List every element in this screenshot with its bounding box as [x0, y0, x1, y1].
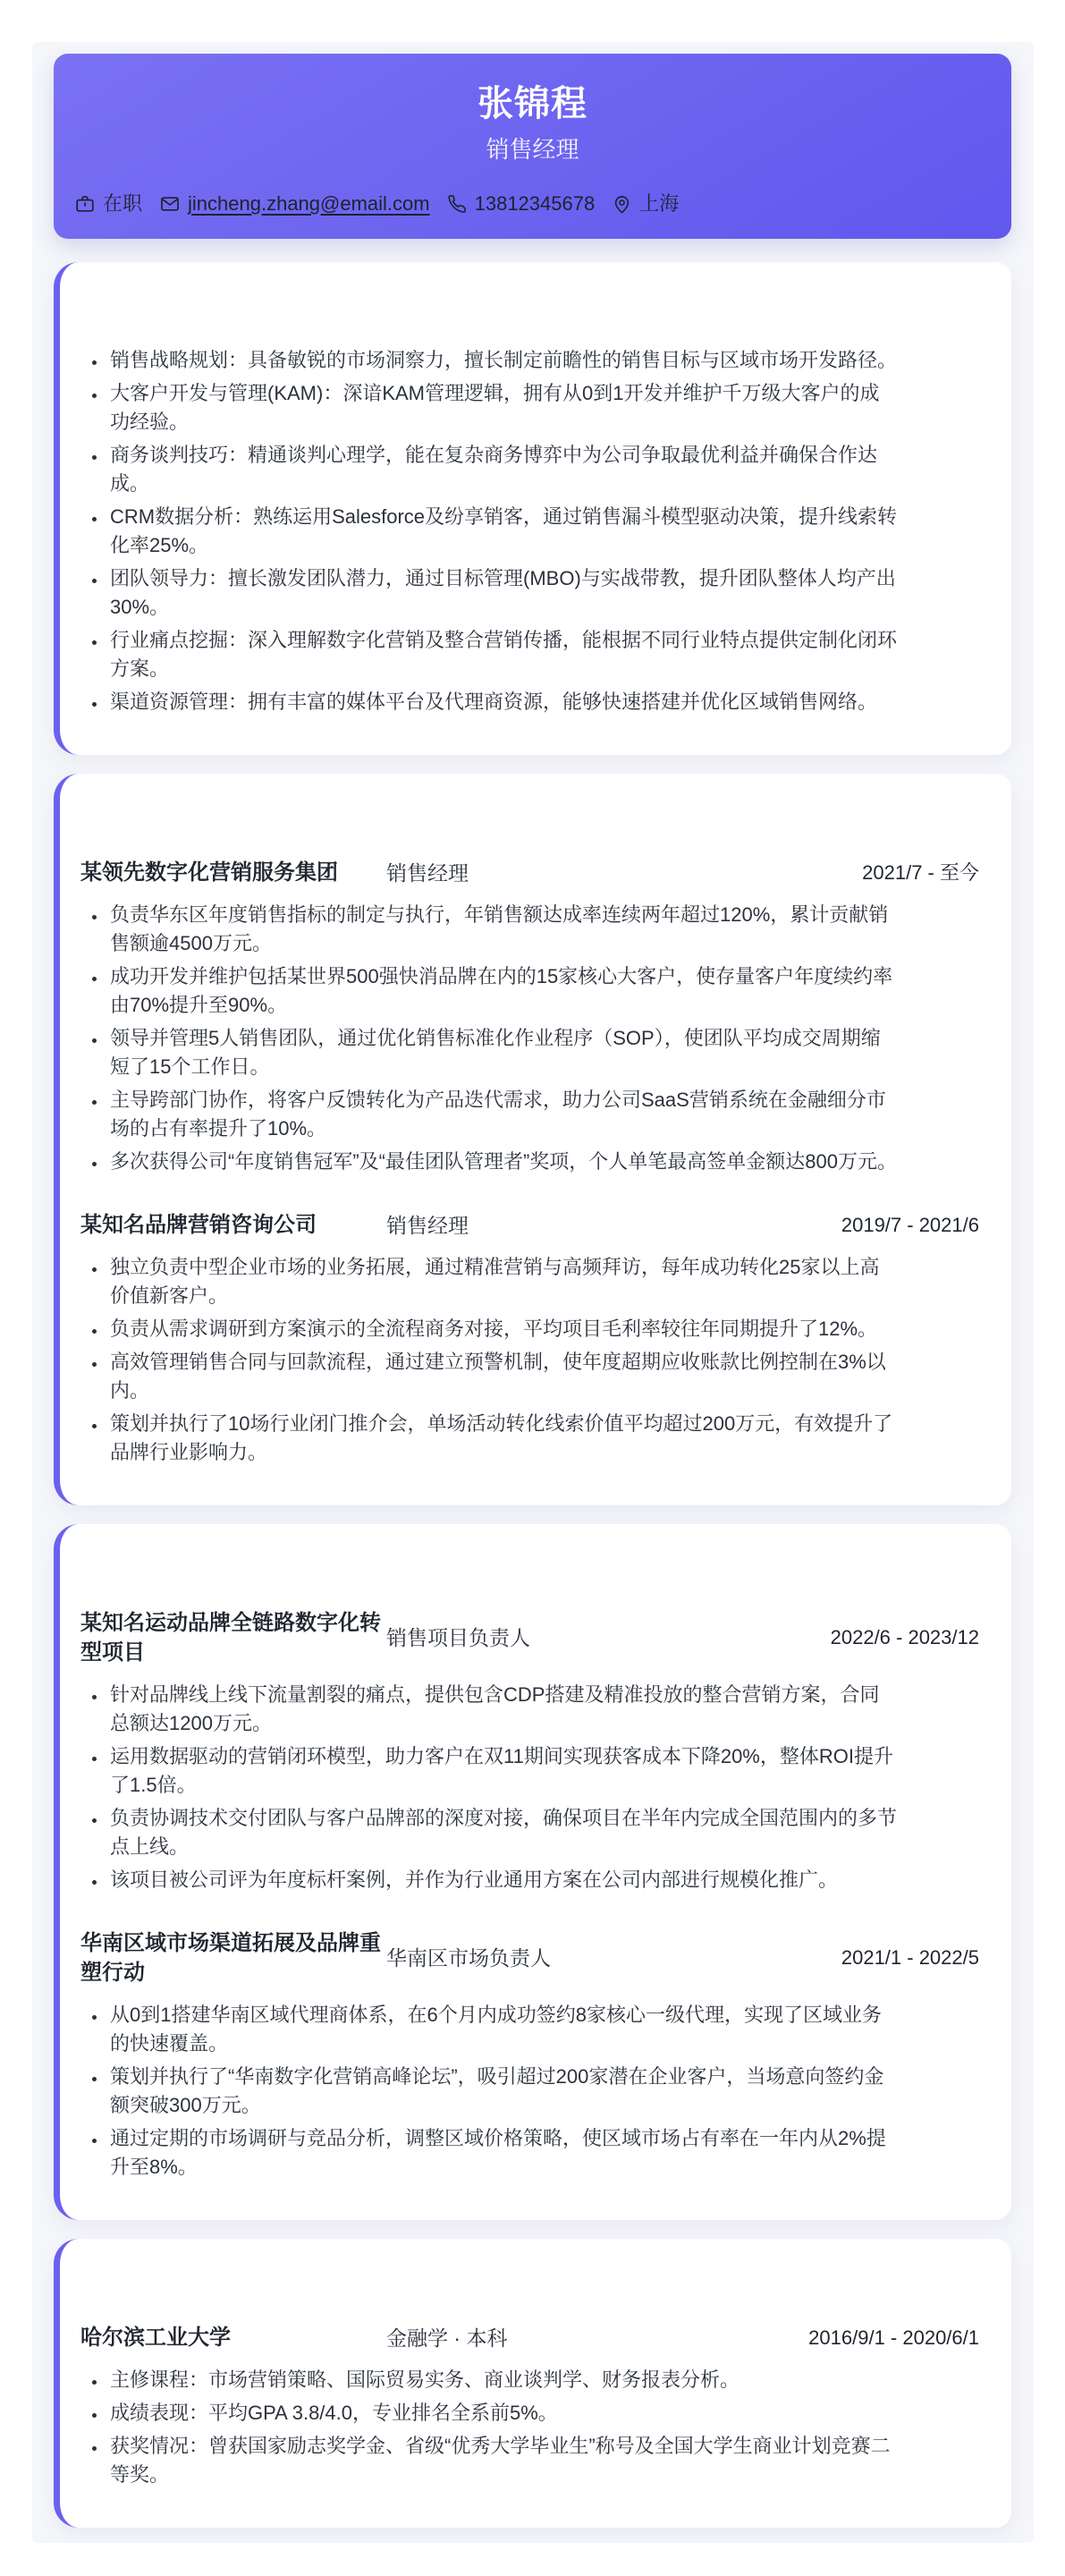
entry-header: 哈尔滨工业大学金融学 · 本科2016/9/1 - 2020/6/1 — [80, 2323, 979, 2352]
bullet-item: 领导并管理5人销售团队，通过优化销售标准化作业程序（SOP），使团队平均成交周期… — [107, 1024, 899, 1081]
projects-entry: 华南区域市场渠道拓展及品牌重塑行动华南区市场负责人2021/1 - 2022/5… — [80, 1928, 979, 2182]
bullet-item: 行业痛点挖掘：深入理解数字化营销及整合营销传播，能根据不同行业特点提供定制化闭环… — [107, 626, 899, 683]
bullet-item: 从0到1搭建华南区域代理商体系，在6个月内成功签约8家核心一级代理，实现了区域业… — [107, 2001, 899, 2058]
contact-label: 在职 — [103, 192, 142, 216]
resume-page: { "theme": { "accent": "#6a61f0", "heade… — [0, 0, 1065, 2576]
work-experience-entry: 某领先数字化营销服务集团销售经理2021/7 - 至今负责华东区年度销售指标的制… — [80, 858, 979, 1176]
entry-organization: 哈尔滨工业大学 — [80, 2323, 386, 2352]
bullet-item: 销售战略规划：具备敏锐的市场洞察力，擅长制定前瞻性的销售目标与区域市场开发路径。 — [107, 346, 899, 375]
projects-entry: 某知名运动品牌全链路数字化转型项目销售项目负责人2022/6 - 2023/12… — [80, 1608, 979, 1894]
contact-item-phone: 13812345678 — [447, 192, 596, 216]
entry-role: 华南区市场负责人 — [386, 1945, 841, 1971]
entry-period: 2021/1 - 2022/5 — [841, 1945, 979, 1971]
entry-organization: 某知名运动品牌全链路数字化转型项目 — [80, 1608, 386, 1667]
entry-organization: 某知名品牌营销咨询公司 — [80, 1210, 386, 1240]
entry-header: 华南区域市场渠道拓展及品牌重塑行动华南区市场负责人2021/1 - 2022/5 — [80, 1928, 979, 1987]
bullet-item: 获奖情况：曾获国家励志奖学金、省级“优秀大学毕业生”称号及全国大学生商业计划竞赛… — [107, 2432, 899, 2489]
entry-period: 2022/6 - 2023/12 — [831, 1624, 979, 1651]
bullet-item: 主修课程：市场营销策略、国际贸易实务、商业谈判学、财务报表分析。 — [107, 2366, 899, 2394]
contact-row: 在职jincheng.zhang@email.com13812345678上海 — [74, 192, 679, 216]
entry-header: 某领先数字化营销服务集团销售经理2021/7 - 至今 — [80, 858, 979, 887]
bullet-list: 针对品牌线上线下流量割裂的痛点，提供包含CDP搭建及精准投放的整合营销方案，合同… — [80, 1681, 899, 1894]
entry-role: 销售项目负责人 — [386, 1624, 831, 1651]
contact-item-mail[interactable]: jincheng.zhang@email.com — [159, 192, 430, 216]
contact-label: 上海 — [639, 192, 679, 216]
bullet-item: 团队领导力：擅长激发团队潜力，通过目标管理(MBO)与实战带教，提升团队整体人均… — [107, 564, 899, 622]
bullet-item: CRM数据分析：熟练运用Salesforce及纷享销客，通过销售漏斗模型驱动决策… — [107, 503, 899, 560]
card-projects: 某知名运动品牌全链路数字化转型项目销售项目负责人2022/6 - 2023/12… — [54, 1524, 1011, 2220]
bullet-list: 销售战略规划：具备敏锐的市场洞察力，擅长制定前瞻性的销售目标与区域市场开发路径。… — [80, 346, 899, 716]
briefcase-icon — [74, 193, 96, 215]
phone-icon — [447, 194, 468, 215]
bullet-item: 成绩表现：平均GPA 3.8/4.0，专业排名全系前5%。 — [107, 2399, 899, 2428]
card-education: 哈尔滨工业大学金融学 · 本科2016/9/1 - 2020/6/1主修课程：市… — [54, 2239, 1011, 2528]
entry-period: 2019/7 - 2021/6 — [841, 1212, 979, 1239]
entry-organization: 华南区域市场渠道拓展及品牌重塑行动 — [80, 1928, 386, 1987]
bullet-item: 该项目被公司评为年度标杆案例，并作为行业通用方案在公司内部进行规模化推广。 — [107, 1866, 899, 1894]
entry-period: 2021/7 - 至今 — [862, 860, 979, 886]
entry-role: 金融学 · 本科 — [386, 2325, 808, 2351]
bullet-item: 策划并执行了10场行业闭门推介会，单场活动转化线索价值平均超过200万元，有效提… — [107, 1410, 899, 1467]
bullet-item: 负责协调技术交付团队与客户品牌部的深度对接，确保项目在半年内完成全国范围内的多节… — [107, 1804, 899, 1861]
entry-header: 某知名品牌营销咨询公司销售经理2019/7 - 2021/6 — [80, 1210, 979, 1240]
entry-role: 销售经理 — [386, 1212, 841, 1239]
bullet-list: 独立负责中型企业市场的业务拓展，通过精准营销与高频拜访，每年成功转化25家以上高… — [80, 1253, 899, 1467]
bullet-list: 从0到1搭建华南区域代理商体系，在6个月内成功签约8家核心一级代理，实现了区域业… — [80, 2001, 899, 2182]
candidate-title: 销售经理 — [54, 136, 1011, 163]
cards-container: 销售战略规划：具备敏锐的市场洞察力，擅长制定前瞻性的销售目标与区域市场开发路径。… — [54, 262, 1012, 2528]
bullet-item: 负责华东区年度销售指标的制定与执行，年销售额达成率连续两年超过120%，累计贡献… — [107, 901, 899, 958]
contact-item-location: 上海 — [612, 192, 679, 216]
entry-role: 销售经理 — [386, 860, 862, 886]
location-icon — [612, 194, 632, 215]
card-work-experience: 某领先数字化营销服务集团销售经理2021/7 - 至今负责华东区年度销售指标的制… — [54, 774, 1011, 1505]
bullet-item: 高效管理销售合同与回款流程，通过建立预警机制，使年度超期应收账款比例控制在3%以… — [107, 1348, 899, 1405]
bullet-item: 针对品牌线上线下流量割裂的痛点，提供包含CDP搭建及精准投放的整合营销方案，合同… — [107, 1681, 899, 1738]
contact-item-briefcase: 在职 — [74, 192, 142, 216]
bullet-item: 负责从需求调研到方案演示的全流程商务对接，平均项目毛利率较往年同期提升了12%。 — [107, 1315, 899, 1343]
work-experience-entry: 某知名品牌营销咨询公司销售经理2019/7 - 2021/6独立负责中型企业市场… — [80, 1210, 979, 1467]
bullet-list: 主修课程：市场营销策略、国际贸易实务、商业谈判学、财务报表分析。成绩表现：平均G… — [80, 2366, 899, 2489]
card-strengths: 销售战略规划：具备敏锐的市场洞察力，擅长制定前瞻性的销售目标与区域市场开发路径。… — [54, 262, 1011, 755]
candidate-name: 张锦程 — [54, 84, 1011, 123]
bullet-item: 渠道资源管理：拥有丰富的媒体平台及代理商资源，能够快速搭建并优化区域销售网络。 — [107, 688, 899, 716]
bullet-item: 策划并执行了“华南数字化营销高峰论坛”，吸引超过200家潜在企业客户，当场意向签… — [107, 2063, 899, 2120]
bullet-item: 运用数据驱动的营销闭环模型，助力客户在双11期间实现获客成本下降20%，整体RO… — [107, 1742, 899, 1800]
entry-header: 某知名运动品牌全链路数字化转型项目销售项目负责人2022/6 - 2023/12 — [80, 1608, 979, 1667]
resume-header: 张锦程 销售经理 在职jincheng.zhang@email.com13812… — [54, 54, 1011, 239]
bullet-item: 大客户开发与管理(KAM)：深谙KAM管理逻辑，拥有从0到1开发并维护千万级大客… — [107, 379, 899, 436]
entry-period: 2016/9/1 - 2020/6/1 — [808, 2325, 979, 2351]
resume-panel: 张锦程 销售经理 在职jincheng.zhang@email.com13812… — [32, 42, 1034, 2543]
contact-label[interactable]: jincheng.zhang@email.com — [188, 192, 430, 216]
bullet-item: 成功开发并维护包括某世界500强快消品牌在内的15家核心大客户，使存量客户年度续… — [107, 962, 899, 1020]
entry-organization: 某领先数字化营销服务集团 — [80, 858, 386, 887]
bullet-item: 多次获得公司“年度销售冠军”及“最佳团队管理者”奖项，个人单笔最高签单金额达80… — [107, 1148, 899, 1176]
bullet-item: 商务谈判技巧：精通谈判心理学，能在复杂商务博弈中为公司争取最优利益并确保合作达成… — [107, 441, 899, 498]
bullet-item: 主导跨部门协作，将客户反馈转化为产品迭代需求，助力公司SaaS营销系统在金融细分… — [107, 1086, 899, 1143]
bullet-item: 通过定期的市场调研与竞品分析，调整区域价格策略，使区域市场占有率在一年内从2%提… — [107, 2124, 899, 2182]
mail-icon — [159, 193, 181, 215]
education-entry: 哈尔滨工业大学金融学 · 本科2016/9/1 - 2020/6/1主修课程：市… — [80, 2323, 979, 2489]
bullet-list: 负责华东区年度销售指标的制定与执行，年销售额达成率连续两年超过120%，累计贡献… — [80, 901, 899, 1176]
contact-label: 13812345678 — [475, 192, 596, 216]
bullet-item: 独立负责中型企业市场的业务拓展，通过精准营销与高频拜访，每年成功转化25家以上高… — [107, 1253, 899, 1310]
